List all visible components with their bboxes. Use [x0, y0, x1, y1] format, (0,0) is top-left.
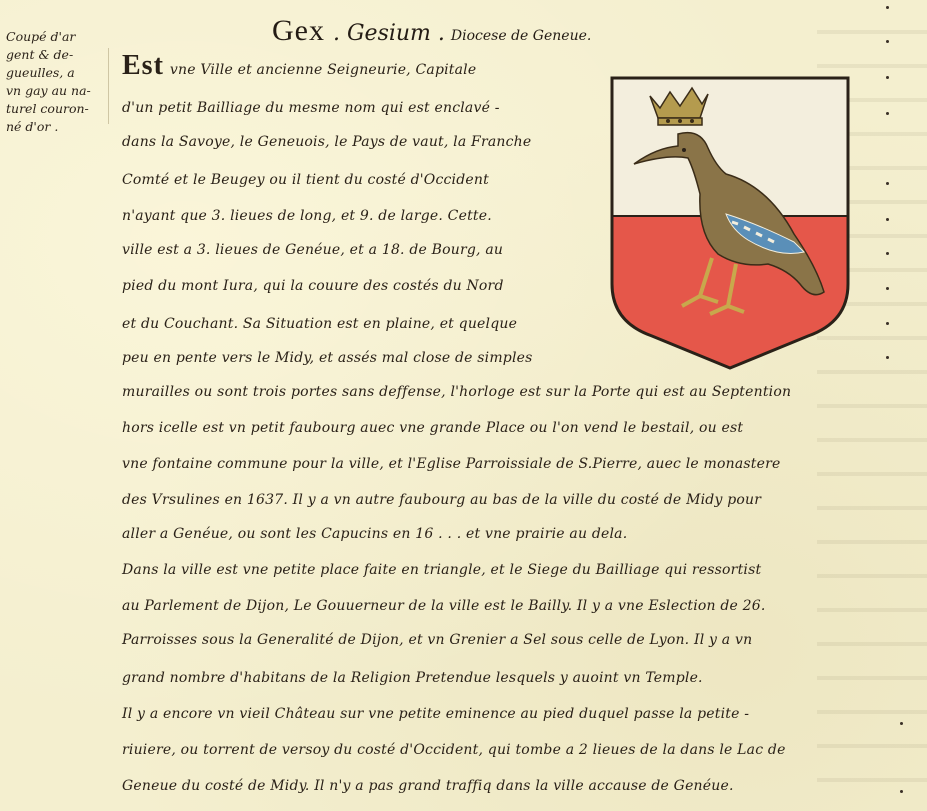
margin-dot — [900, 790, 903, 793]
margin-note-line: turel couron- — [6, 100, 106, 118]
body-line: aller a Genéue, ou sont les Capucins en … — [122, 526, 627, 542]
margin-note-line: gueulles, a — [6, 64, 106, 82]
margin-dot — [886, 40, 889, 43]
body-line: Estvne Ville et ancienne Seigneurie, Cap… — [122, 50, 476, 82]
margin-dot — [886, 252, 889, 255]
margin-dot — [886, 287, 889, 290]
margin-dot — [886, 6, 889, 9]
body-line: peu en pente vers le Midy, et assés mal … — [122, 350, 533, 366]
margin-dot — [886, 218, 889, 221]
blazon-margin-note: Coupé d'ar gent & de- gueulles, a vn gay… — [6, 28, 106, 136]
body-line: grand nombre d'habitans de la Religion P… — [122, 670, 703, 686]
body-line: Comté et le Beugey ou il tient du costé … — [122, 172, 489, 188]
body-line: Geneue du costé de Midy. Il n'y a pas gr… — [122, 778, 734, 794]
margin-dot — [900, 722, 903, 725]
body-line: au Parlement de Dijon, Le Gouuerneur de … — [122, 598, 766, 614]
margin-dot — [886, 322, 889, 325]
margin-note-line: né d'or . — [6, 118, 106, 136]
margin-note-line: gent & de- — [6, 46, 106, 64]
body-line-text: vne Ville et ancienne Seigneurie, Capita… — [170, 62, 476, 78]
body-line: Il y a encore vn vieil Château sur vne p… — [122, 706, 749, 722]
body-line: Parroisses sous la Generalité de Dijon, … — [122, 632, 752, 648]
page-title: Gex. Gesium .Diocese de Geneue. — [272, 14, 591, 48]
body-line: murailles ou sont trois portes sans deff… — [122, 384, 791, 400]
margin-note-line: Coupé d'ar — [6, 28, 106, 46]
body-line: vne fontaine commune pour la ville, et l… — [122, 456, 781, 472]
body-line: ville est a 3. lieues de Genéue, et a 18… — [122, 242, 503, 258]
body-line: pied du mont Iura, qui la couure des cos… — [122, 278, 504, 294]
title-name: Gex — [272, 14, 325, 47]
body-line: n'ayant que 3. lieues de long, et 9. de … — [122, 208, 492, 224]
margin-dot — [886, 112, 889, 115]
margin-rule — [108, 48, 109, 124]
body-line: et du Couchant. Sa Situation est en plai… — [122, 316, 517, 332]
body-line: dans la Savoye, le Geneuois, le Pays de … — [122, 134, 531, 150]
coat-of-arms-icon — [608, 74, 852, 374]
margin-note-line: vn gay au na- — [6, 82, 106, 100]
body-line: d'un petit Bailliage du mesme nom qui es… — [122, 100, 500, 116]
margin-dot — [886, 356, 889, 359]
title-latin: . Gesium . — [333, 21, 445, 46]
body-line: Dans la ville est vne petite place faite… — [122, 562, 761, 578]
margin-dot — [886, 182, 889, 185]
drop-word: Est — [122, 50, 164, 81]
body-line: riuiere, ou torrent de versoy du costé d… — [122, 742, 786, 758]
margin-dot — [886, 76, 889, 79]
body-line: hors icelle est vn petit faubourg auec v… — [122, 420, 743, 436]
title-diocese: Diocese de Geneue. — [451, 28, 591, 44]
body-line: des Vrsulines en 1637. Il y a vn autre f… — [122, 492, 761, 508]
